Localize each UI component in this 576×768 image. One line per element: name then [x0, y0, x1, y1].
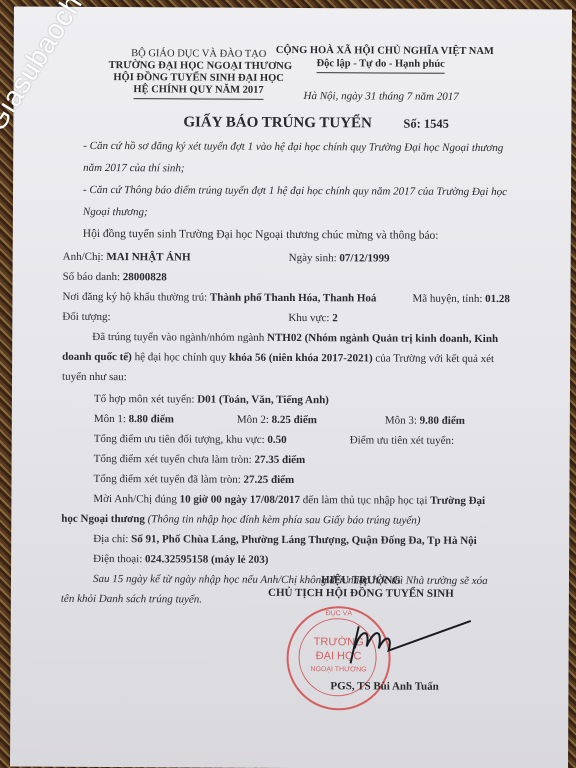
admission-line-3: tuyển như sau:	[62, 371, 127, 383]
unrounded-total-row: Tổng điểm xét tuyển chưa làm tròn: 27.35…	[94, 453, 306, 466]
council-name: HỘI ĐỒNG TUYỂN SINH ĐẠI HỌC	[109, 72, 289, 85]
preamble-line: năm 2017 của thí sinh;	[83, 162, 185, 175]
candidate-id: 28000828	[123, 271, 167, 283]
issue-date: Hà Nội, ngày 31 tháng 7 năm 2017	[303, 90, 458, 103]
signer-name: PGS, TS Bùi Anh Tuấn	[330, 680, 438, 693]
ministry-name: BỘ GIÁO DỤC VÀ ĐÀO TẠO	[109, 48, 289, 61]
issuer-header: BỘ GIÁO DỤC VÀ ĐÀO TẠO TRƯỜNG ĐẠI HỌC NG…	[109, 48, 289, 100]
region-value: 2	[332, 312, 338, 324]
admission-line-2: doanh quốc tế) hệ đại học chính quy khóa…	[62, 351, 494, 365]
signer-role: CHỦ TỊCH HỘI ĐỒNG TUYỂN SINH	[251, 587, 471, 601]
bonus-score-row: Điểm ưu tiên xét tuyển:	[350, 434, 454, 447]
subject-combo: D01 (Toán, Văn, Tiếng Anh)	[197, 394, 329, 407]
preamble-line: - Căn cứ Thông báo điểm trúng tuyển đợt …	[83, 184, 507, 198]
candidate-name-row: Anh/Chị: MAI NHẬT ÁNH	[63, 251, 191, 264]
preamble-line: Ngoại thương;	[83, 206, 148, 218]
candidate-name: MAI NHẬT ÁNH	[106, 251, 190, 263]
university-name: TRƯỜNG ĐẠI HỌC NGOẠI THƯƠNG	[109, 60, 289, 73]
region-row: Khu vực: 2	[288, 312, 337, 324]
signature-block: HIỆU TRƯỞNG CHỦ TỊCH HỘI ĐỒNG TUYỂN SINH	[251, 574, 471, 601]
signer-title: HIỆU TRƯỞNG	[251, 574, 471, 588]
national-motto: Độc lập - Tự do - Hạnh phúc	[316, 57, 444, 74]
rounded-total-row: Tổng điểm xét tuyển đã làm tròn: 27.25 đ…	[93, 473, 294, 486]
enrollment-line-2: học Ngoại thương (Thông tin nhập học đín…	[61, 513, 420, 527]
course: khóa 56 (niên khóa 2017-2021)	[229, 352, 373, 365]
dob-row: Ngày sinh: 07/12/1999	[289, 252, 390, 265]
major: NTH02 (Nhóm ngành Quản trị kinh doanh, K…	[267, 332, 498, 345]
handwritten-signature	[331, 618, 481, 669]
enrollment-line-1: Mời Anh/Chị đúng 10 giờ 00 ngày 17/08/20…	[93, 493, 485, 507]
admission-letter: BỘ GIÁO DỤC VÀ ĐÀO TẠO TRƯỜNG ĐẠI HỌC NG…	[10, 7, 572, 768]
document-title: GIẤY BÁO TRÚNG TUYỂN	[183, 114, 372, 132]
priority-score-row: Tổng điểm ưu tiên đối tượng, khu vực: 0.…	[94, 433, 287, 446]
candidate-id-row: Số báo danh: 28000828	[63, 271, 167, 284]
address: Số 91, Phố Chùa Láng, Phường Láng Thượng…	[131, 533, 477, 547]
program-name: HỆ CHÍNH QUY NĂM 2017	[133, 84, 263, 100]
enrollment-time: 10 giờ 00 ngày 17/08/2017	[180, 493, 300, 506]
district-code-row: Mã huyện, tỉnh: 01.28	[412, 293, 510, 306]
preamble-line: - Căn cứ hồ sơ đăng ký xét tuyển đợt 1 v…	[83, 140, 503, 154]
phone-row: Điện thoại: 024.32595158 (máy lẻ 203)	[93, 553, 268, 566]
score-subject-3: Môn 3: 9.80 điểm	[385, 414, 465, 426]
document-number: Số: 1545	[403, 117, 449, 132]
subject-combo-row: Tổ hợp môn xét tuyển: D01 (Toán, Văn, Ti…	[94, 393, 329, 406]
residence-value: Thành phố Thanh Hóa, Thanh Hoá	[210, 292, 377, 305]
residence-row: Nơi đăng ký hộ khẩu thường trú: Thành ph…	[62, 291, 376, 305]
phone: 024.32595158 (máy lẻ 203)	[145, 553, 268, 566]
score-subject-2: Môn 2: 8.25 điểm	[237, 414, 317, 426]
rounded-total: 27.25 điểm	[243, 474, 294, 486]
dob-value: 07/12/1999	[339, 252, 389, 264]
country-name: CỘNG HOÀ XÃ HỘI CHỦ NGHĨA VIỆT NAM	[276, 44, 486, 58]
unrounded-total: 27.35 điểm	[254, 454, 305, 466]
warning-line: tên khỏi Danh sách trúng tuyển.	[61, 593, 202, 606]
score-subject-1: Môn 1: 8.80 điểm	[94, 413, 174, 425]
national-header: CỘNG HOÀ XÃ HỘI CHỦ NGHĨA VIỆT NAM Độc l…	[276, 44, 486, 74]
admission-line-1: Đã trúng tuyển vào ngành/nhóm ngành NTH0…	[92, 331, 498, 345]
greeting: Hội đồng tuyển sinh Trường Đại học Ngoại…	[83, 228, 439, 242]
object-row: Đối tượng:	[62, 311, 110, 323]
priority-score: 0.50	[267, 434, 286, 446]
district-code: 01.28	[485, 293, 510, 305]
address-row: Địa chỉ: Số 91, Phố Chùa Láng, Phường Lá…	[93, 533, 477, 547]
